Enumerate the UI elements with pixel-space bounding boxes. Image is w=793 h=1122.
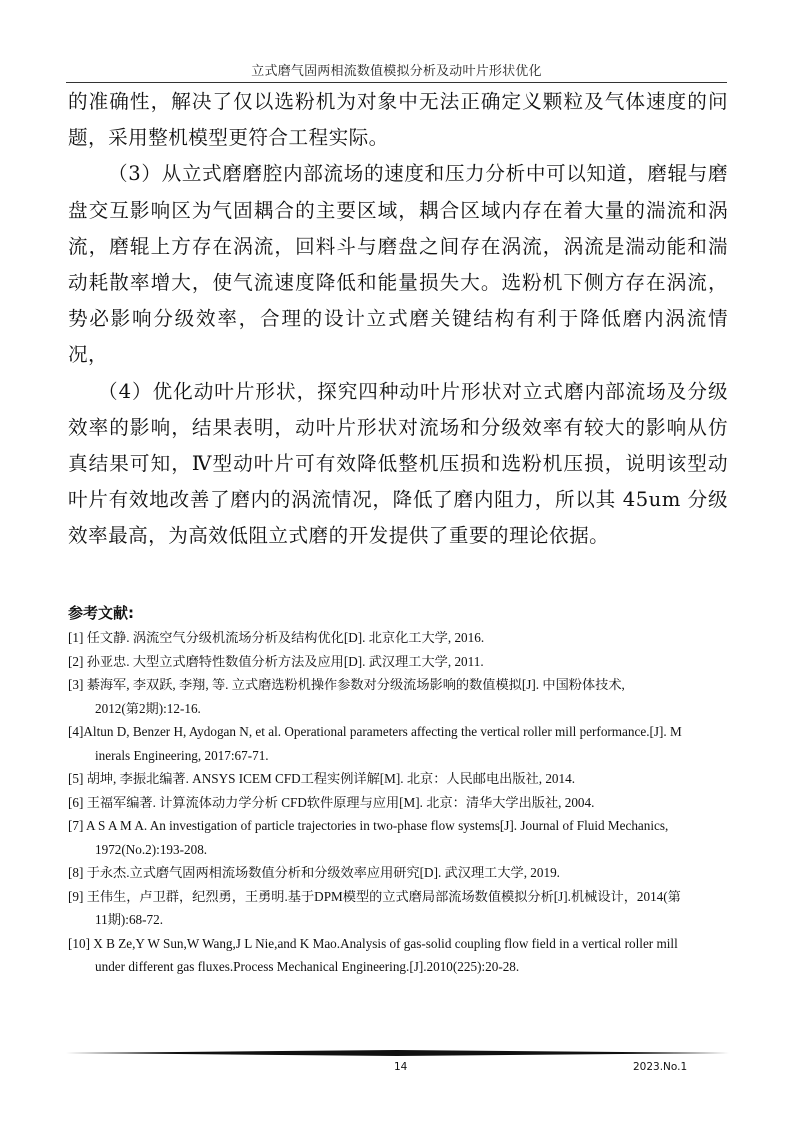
- reference-text-continuation: under different gas fluxes.Process Mecha…: [68, 955, 730, 979]
- reference-text: 胡坤, 李振北编著. ANSYS ICEM CFD工程实例详解[M]. 北京：人…: [83, 771, 575, 786]
- paragraph-conclusion-4: （4）优化动叶片形状，探究四种动叶片形状对立式磨内部流场及分级效率的影响，结果表…: [68, 374, 728, 555]
- reference-text: X B Ze,Y W Sun,W Wang,J L Nie,and K Mao.…: [90, 936, 678, 951]
- reference-item: [7] A S A M A. An investigation of parti…: [68, 814, 730, 861]
- reference-number: [4]: [68, 724, 83, 739]
- footer-rule: [66, 1050, 729, 1056]
- reference-text-continuation: 1972(No.2):193-208.: [68, 838, 730, 862]
- reference-item: [9] 王伟生，卢卫群，纪烈勇，王勇明.基于DPM模型的立式磨局部流场数值模拟分…: [68, 885, 730, 932]
- reference-text-continuation: inerals Engineering, 2017:67-71.: [68, 744, 730, 768]
- reference-number: [10]: [68, 936, 90, 951]
- reference-item: [3] 綦海军, 李双跃, 李翔, 等. 立式磨选粉机操作参数对分级流场影响的数…: [68, 673, 730, 720]
- reference-item: [10] X B Ze,Y W Sun,W Wang,J L Nie,and K…: [68, 932, 730, 979]
- reference-number: [9]: [68, 889, 83, 904]
- page-number: 14: [394, 1061, 407, 1073]
- reference-item: [5] 胡坤, 李振北编著. ANSYS ICEM CFD工程实例详解[M]. …: [68, 767, 730, 791]
- reference-text: 任文静. 涡流空气分级机流场分析及结构优化[D]. 北京化工大学, 2016.: [83, 630, 484, 645]
- reference-number: [2]: [68, 654, 83, 669]
- reference-number: [1]: [68, 630, 83, 645]
- references-title: 参考文献:: [68, 602, 134, 623]
- reference-text-continuation: 11期):68-72.: [68, 908, 730, 932]
- reference-item: [4]Altun D, Benzer H, Aydogan N, et al. …: [68, 720, 730, 767]
- reference-text: Altun D, Benzer H, Aydogan N, et al. Ope…: [83, 724, 681, 739]
- reference-number: [3]: [68, 677, 83, 692]
- reference-number: [5]: [68, 771, 83, 786]
- reference-number: [7]: [68, 818, 83, 833]
- reference-text: 于永杰.立式磨气固两相流场数值分析和分级效率应用研究[D]. 武汉理工大学, 2…: [83, 865, 560, 880]
- reference-item: [6] 王福军编著. 计算流体动力学分析 CFD软件原理与应用[M]. 北京：清…: [68, 791, 730, 815]
- reference-number: [8]: [68, 865, 83, 880]
- reference-number: [6]: [68, 795, 83, 810]
- reference-item: [2] 孙亚忠. 大型立式磨特性数值分析方法及应用[D]. 武汉理工大学, 20…: [68, 650, 730, 674]
- reference-text-continuation: 2012(第2期):12-16.: [68, 697, 730, 721]
- reference-item: [1] 任文静. 涡流空气分级机流场分析及结构优化[D]. 北京化工大学, 20…: [68, 626, 730, 650]
- paragraph-conclusion-3: （3）从立式磨磨腔内部流场的速度和压力分析中可以知道，磨辊与磨盘交互影响区为气固…: [68, 156, 728, 373]
- page-header: 立式磨气固两相流数值模拟分析及动叶片形状优化: [66, 64, 727, 80]
- header-rule: [66, 82, 727, 83]
- paragraph-continuation: 的准确性，解决了仅以选粉机为对象中无法正确定义颗粒及气体速度的问题，采用整机模型…: [68, 84, 728, 156]
- issue-label: 2023.No.1: [633, 1061, 687, 1073]
- reference-item: [8] 于永杰.立式磨气固两相流场数值分析和分级效率应用研究[D]. 武汉理工大…: [68, 861, 730, 885]
- reference-text: 王伟生，卢卫群，纪烈勇，王勇明.基于DPM模型的立式磨局部流场数值模拟分析[J]…: [83, 889, 680, 904]
- reference-text: 孙亚忠. 大型立式磨特性数值分析方法及应用[D]. 武汉理工大学, 2011.: [83, 654, 483, 669]
- reference-text: 王福军编著. 计算流体动力学分析 CFD软件原理与应用[M]. 北京：清华大学出…: [83, 795, 594, 810]
- references-list: [1] 任文静. 涡流空气分级机流场分析及结构优化[D]. 北京化工大学, 20…: [68, 626, 730, 979]
- body-text: 的准确性，解决了仅以选粉机为对象中无法正确定义颗粒及气体速度的问题，采用整机模型…: [68, 84, 728, 555]
- reference-text: A S A M A. An investigation of particle …: [83, 818, 668, 833]
- reference-text: 綦海军, 李双跃, 李翔, 等. 立式磨选粉机操作参数对分级流场影响的数值模拟[…: [83, 677, 624, 692]
